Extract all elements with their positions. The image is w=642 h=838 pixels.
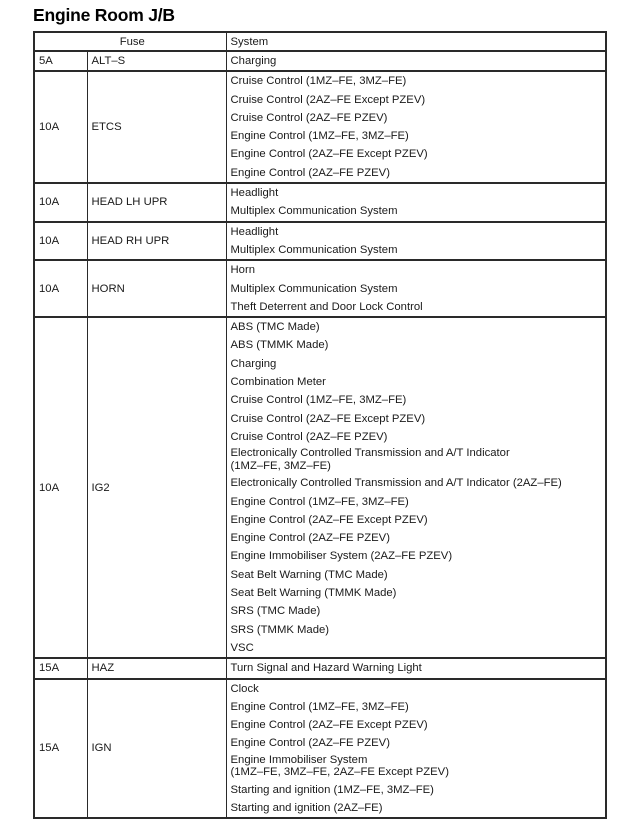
system-item: Seat Belt Warning (TMMK Made) [231,584,606,602]
system-item: Cruise Control (2AZ–FE PZEV) [231,109,606,127]
system-item: ABS (TMMK Made) [231,336,606,354]
table-row: 10AIG2ABS (TMC Made)ABS (TMMK Made)Charg… [34,317,606,658]
fuse-amperage: 10A [34,183,87,222]
fuse-amperage: 15A [34,679,87,819]
fuse-name: ETCS [87,71,226,183]
system-item: Theft Deterrent and Door Lock Control [231,298,606,316]
system-list: HeadlightMultiplex Communication System [226,222,606,261]
system-item: Seat Belt Warning (TMC Made) [231,566,606,584]
system-item: Electronically Controlled Transmission a… [231,474,606,492]
fuse-name: IG2 [87,317,226,658]
table-row: 10AHEAD RH UPRHeadlightMultiplex Communi… [34,222,606,261]
system-item: Engine Control (2AZ–FE PZEV) [231,734,606,752]
fuse-amperage: 5A [34,51,87,71]
system-item: Engine Control (2AZ–FE Except PZEV) [231,716,606,734]
system-item: Cruise Control (1MZ–FE, 3MZ–FE) [231,72,606,90]
header-fuse: Fuse [34,32,226,51]
system-item: Cruise Control (2AZ–FE Except PZEV) [231,91,606,109]
fuse-name: HORN [87,260,226,317]
system-item: Charging [231,355,606,373]
system-list: Charging [226,51,606,71]
system-list: Cruise Control (1MZ–FE, 3MZ–FE)Cruise Co… [226,71,606,183]
system-list: HeadlightMultiplex Communication System [226,183,606,222]
system-item: Cruise Control (2AZ–FE PZEV) [231,428,606,446]
system-item: Engine Immobiliser System (2AZ–FE PZEV) [231,547,606,565]
system-list: ClockEngine Control (1MZ–FE, 3MZ–FE)Engi… [226,679,606,819]
system-item: ABS (TMC Made) [231,318,606,336]
system-item: Clock [231,680,606,698]
system-item: Cruise Control (2AZ–FE Except PZEV) [231,410,606,428]
system-item: VSC [231,639,606,657]
system-item: Headlight [231,223,606,241]
system-item: Cruise Control (1MZ–FE, 3MZ–FE) [231,391,606,409]
header-system: System [226,32,606,51]
table-row: 10AETCSCruise Control (1MZ–FE, 3MZ–FE)Cr… [34,71,606,183]
fuse-amperage: 10A [34,260,87,317]
system-item: Horn [231,261,606,279]
system-item: SRS (TMMK Made) [231,621,606,639]
fuse-table-body: 5AALT–SCharging10AETCSCruise Control (1M… [34,51,606,818]
system-item: Engine Control (2AZ–FE PZEV) [231,529,606,547]
fuse-amperage: 15A [34,658,87,678]
table-header-row: Fuse System [34,32,606,51]
table-row: 10AHORNHornMultiplex Communication Syste… [34,260,606,317]
system-item: Starting and ignition (1MZ–FE, 3MZ–FE) [231,781,606,799]
fuse-amperage: 10A [34,71,87,183]
fuse-table: Fuse System 5AALT–SCharging10AETCSCruise… [33,31,607,819]
system-item: Engine Immobiliser System (1MZ–FE, 3MZ–F… [231,753,606,781]
system-list: HornMultiplex Communication SystemTheft … [226,260,606,317]
system-item: Charging [231,52,606,70]
system-item: Combination Meter [231,373,606,391]
system-item: Engine Control (2AZ–FE Except PZEV) [231,145,606,163]
table-row: 15AHAZTurn Signal and Hazard Warning Lig… [34,658,606,678]
system-item: Multiplex Communication System [231,280,606,298]
table-row: 5AALT–SCharging [34,51,606,71]
system-list: Turn Signal and Hazard Warning Light [226,658,606,678]
system-item: Starting and ignition (2AZ–FE) [231,799,606,817]
system-item: Engine Control (1MZ–FE, 3MZ–FE) [231,698,606,716]
fuse-name: HEAD LH UPR [87,183,226,222]
system-item: Multiplex Communication System [231,202,606,220]
system-item: Engine Control (2AZ–FE Except PZEV) [231,511,606,529]
system-item: Turn Signal and Hazard Warning Light [231,659,606,677]
system-item: Electronically Controlled Transmission a… [231,446,606,474]
fuse-name: IGN [87,679,226,819]
page-title: Engine Room J/B [33,5,175,26]
system-item: Multiplex Communication System [231,241,606,259]
table-row: 15AIGNClockEngine Control (1MZ–FE, 3MZ–F… [34,679,606,819]
fuse-name: ALT–S [87,51,226,71]
system-item: Engine Control (1MZ–FE, 3MZ–FE) [231,127,606,145]
system-item: Engine Control (1MZ–FE, 3MZ–FE) [231,493,606,511]
fuse-amperage: 10A [34,317,87,658]
fuse-name: HAZ [87,658,226,678]
system-item: Headlight [231,184,606,202]
system-item: Engine Control (2AZ–FE PZEV) [231,164,606,182]
system-list: ABS (TMC Made)ABS (TMMK Made)ChargingCom… [226,317,606,658]
fuse-name: HEAD RH UPR [87,222,226,261]
system-item: SRS (TMC Made) [231,602,606,620]
fuse-amperage: 10A [34,222,87,261]
table-row: 10AHEAD LH UPRHeadlightMultiplex Communi… [34,183,606,222]
